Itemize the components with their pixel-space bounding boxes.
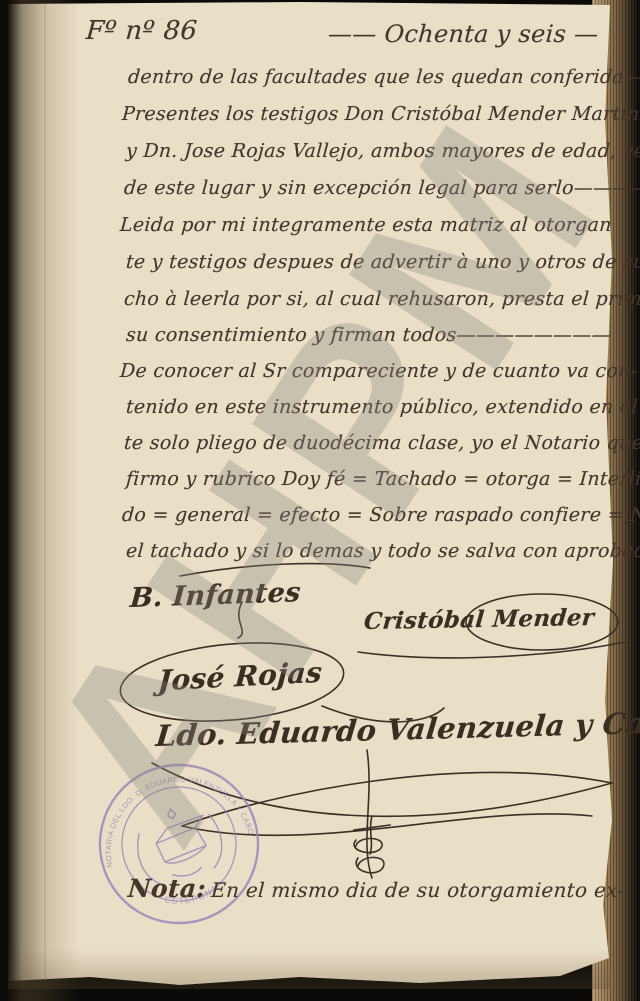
note-text: En el mismo dia de su otorgamiento ex- [210,878,625,902]
manuscript-line: do = general = efecto = Sobre raspado co… [121,504,640,526]
manuscript-line: su consentimiento y firman todos———————— [125,324,612,346]
manuscript-line: dentro de las facultades que les quedan … [127,66,640,88]
signature-infantes: B. Infantes [129,577,302,614]
signature-mender: Cristóbal Mender [363,604,596,635]
manuscript-line: De conocer al Sr compareciente y de cuan… [119,360,638,382]
manuscript-line: te y testigos despues de advertir à uno … [125,251,640,273]
folio-number-label: Fº nº 86 [85,16,198,46]
manuscript-line: cho à leerla por si, al cual rehusaron, … [123,288,640,310]
manuscript-line: Leida por mi integramente esta matriz al… [119,214,612,236]
paper-fold-line [44,4,46,981]
manuscript-line: Presentes los testigos Don Cristóbal Men… [121,103,640,125]
note-label: Nota: [127,874,207,903]
manuscript-line: de este lugar y sin excepción legal para… [123,177,640,199]
marginal-note: Nota: En el mismo dia de su otorgamiento… [127,874,626,903]
manuscript-line: tenido en este instrumento público, exte… [125,396,640,418]
manuscript-line: firmo y rubrico Doy fé = Tachado = otorg… [125,468,640,490]
folio-number-words: —— Ochenta y seis — [327,20,599,48]
stamp-ring-text: NOTARIA DEL LDO. D. EDUARDO VALENZUELA Y… [88,758,256,871]
scanned-notarial-page: Fº nº 86 —— Ochenta y seis — dentro de l… [0,0,640,1001]
manuscript-line: y Dn. Jose Rojas Vallejo, ambos mayores … [125,140,640,162]
manuscript-line: te solo pliego de duodécima clase, yo el… [123,432,640,454]
